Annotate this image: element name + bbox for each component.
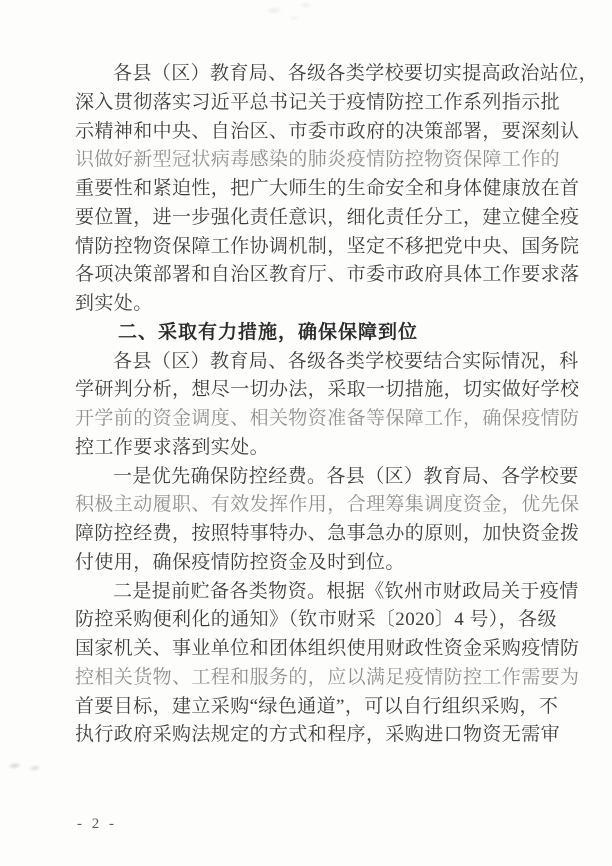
text-line: 二是提前贮备各类物资。根据《钦州市财政局关于疫情 [75, 578, 542, 607]
text-line: 到实处。 [75, 290, 542, 319]
text-line: 国家机关、事业单位和团体组织使用财政性资金采购疫情防 [75, 635, 542, 664]
text-line: 情防控物资保障工作协调机制，坚定不移把党中央、国务院 [75, 233, 542, 262]
scan-smudge-bottom-left [2, 752, 49, 784]
text-line: 付使用，确保疫情防控资金及时到位。 [75, 549, 542, 578]
paragraph: 一是优先确保防控经费。各县（区）教育局、各学校要 积极主动履职、有效发挥作用，合… [75, 463, 542, 578]
paragraph: 各县（区）教育局、各级各类学校要切实提高政治站位， 深入贯彻落实习近平总书记关于… [75, 60, 542, 319]
text-line: 各项决策部署和自治区教育厅、市委市政府具体工作要求落 [75, 261, 542, 290]
text-line: 各县（区）教育局、各级各类学校要结合实际情况，科 [75, 348, 542, 377]
text-line: 积极主动履职、有效发挥作用，合理筹集调度资金，优先保 [75, 491, 542, 520]
text-line: 防控采购便利化的通知》（钦市财采〔2020〕4 号），各级 [75, 606, 542, 635]
text-line: 学研判分析，想尽一切办法，采取一切措施，切实做好学校 [75, 376, 542, 405]
text-line: 识做好新型冠状病毒感染的肺炎疫情防控物资保障工作的 [75, 146, 542, 175]
text-line: 一是优先确保防控经费。各县（区）教育局、各学校要 [75, 463, 542, 492]
text-line: 障防控经费，按照特事特办、急事急办的原则，加快资金拨 [75, 520, 542, 549]
text-line: 控工作要求落到实处。 [75, 434, 542, 463]
text-line: 各县（区）教育局、各级各类学校要切实提高政治站位， [75, 60, 542, 89]
scan-smudge-top [250, 0, 330, 26]
text-line: 执行政府采购法规定的方式和程序，采购进口物资无需审 [75, 721, 542, 750]
page-number: - 2 - [77, 816, 117, 833]
document-page: 各县（区）教育局、各级各类学校要切实提高政治站位， 深入贯彻落实习近平总书记关于… [0, 0, 612, 866]
paragraph: 二是提前贮备各类物资。根据《钦州市财政局关于疫情 防控采购便利化的通知》（钦市财… [75, 578, 542, 751]
text-line: 深入贯彻落实习近平总书记关于疫情防控工作系列指示批 [75, 89, 542, 118]
text-line: 重要性和紧迫性，把广大师生的生命安全和身体健康放在首 [75, 175, 542, 204]
text-line: 控相关货物、工程和服务的，应以满足疫情防控工作需要为 [75, 664, 542, 693]
text-block: 各县（区）教育局、各级各类学校要切实提高政治站位， 深入贯彻落实习近平总书记关于… [75, 60, 542, 750]
text-line: 开学前的资金调度、相关物资准备等保障工作，确保疫情防 [75, 405, 542, 434]
section-heading: 二、采取有力措施，确保保障到位 [75, 319, 542, 348]
text-line: 要位置，进一步强化责任意识，细化责任分工，建立健全疫 [75, 204, 542, 233]
text-line: 示精神和中央、自治区、市委市政府的决策部署，要深刻认 [75, 118, 542, 147]
paragraph: 各县（区）教育局、各级各类学校要结合实际情况，科 学研判分析，想尽一切办法，采取… [75, 348, 542, 463]
text-line: 首要目标，建立采购“绿色通道”，可以自行组织采购，不 [75, 693, 542, 722]
